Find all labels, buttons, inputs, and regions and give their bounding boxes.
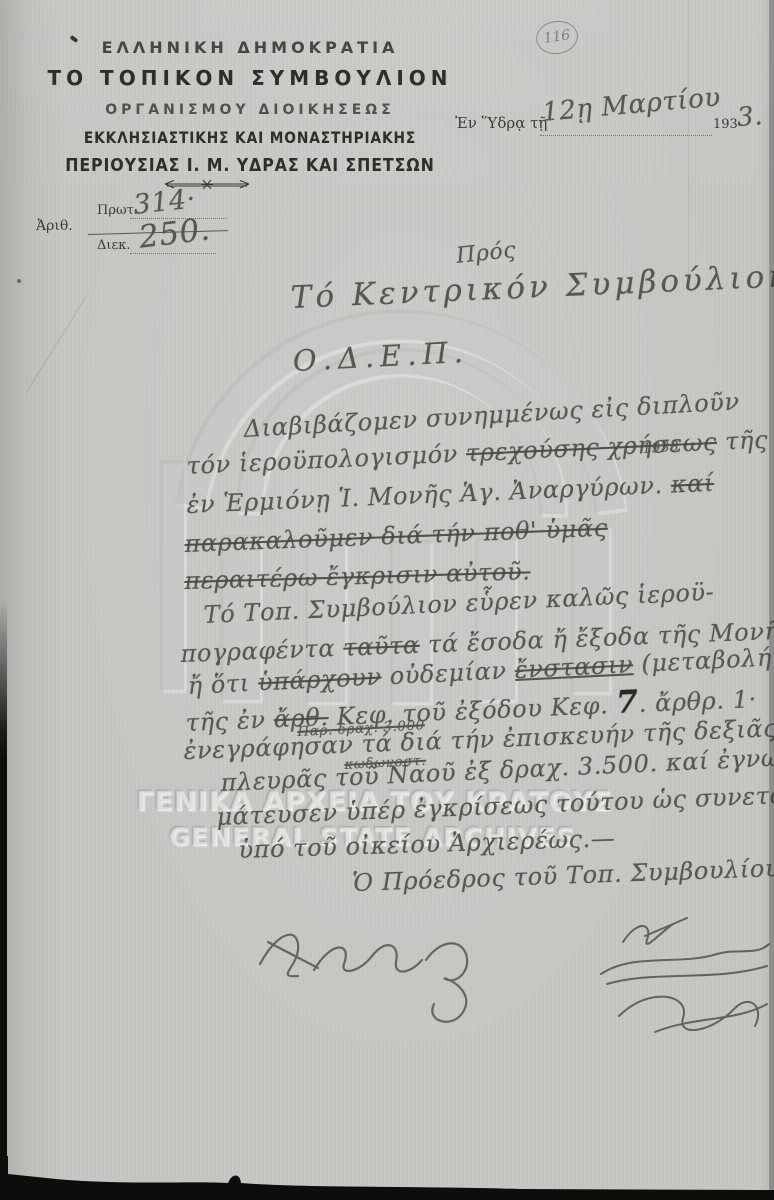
- year-digit-handwritten: 3.: [736, 101, 764, 133]
- emphasized-number: 7: [616, 684, 640, 721]
- struck-text: καί: [670, 469, 714, 499]
- date-handwritten: 12ῃ Μαρτίου: [541, 82, 722, 127]
- scan-right-edge: [769, 0, 774, 1200]
- letterhead-line-4: ΕΚΚΛΗΣΙΑΣΤΙΚΗΣ ΚΑΙ ΜΟΝΑΣΤΗΡΙΑΚΗΣ: [35, 128, 465, 147]
- paper-speck: [17, 279, 21, 283]
- archive-page-number: 116: [534, 18, 580, 57]
- struck-text: ταῦτα: [343, 631, 421, 662]
- arith-label: Ἀριθ.: [36, 218, 73, 234]
- date-dotted-line: [540, 134, 712, 136]
- closing-signature-line: Ὁ Πρόεδρος τοῦ Τοπ. Συμβουλίου.: [352, 854, 774, 897]
- salutation-handwritten: Πρός: [455, 238, 517, 269]
- letterhead-line-2: ΤΟ ΤΟΠΙΚΟΝ ΣΥΜΒΟΥΛΙΟΝ: [0, 66, 500, 90]
- scan-bottom-edge: [0, 1152, 774, 1200]
- handwritten-text: τῆς: [716, 426, 768, 456]
- letterhead-line-5: ΠΕΡΙΟΥΣΙΑΣ Ι. Μ. ΥΔΡΑΣ ΚΑΙ ΣΠΕΤΣΩΝ: [30, 155, 470, 176]
- scanned-document-page: ΓΕΝΙΚΑ ΑΡΧΕΙΑ ΤΟΥ ΚΡΑΤΟΥΣ GENERAL STATE …: [0, 0, 774, 1200]
- paper-crease: [688, 0, 689, 280]
- year-printed: 193: [713, 117, 738, 132]
- handwritten-text: ἔνστασιν: [514, 650, 634, 684]
- date-prefix-printed: Ἐν Ὕδρᾳ τῇ: [455, 114, 547, 132]
- diek-label: Διεκ.: [97, 238, 130, 253]
- signature-flourish-left: [248, 912, 538, 1027]
- handwritten-text: τῆς ἐν: [185, 705, 274, 737]
- letterhead-line-3: ΟΡΓΑΝΙΣΜΟΥ ΔΙΟΙΚΗΣΕΩΣ: [0, 102, 500, 118]
- diek-value-handwritten: 250.: [137, 211, 212, 255]
- prot-label: Πρωτ.: [97, 203, 138, 218]
- handwritten-text: . ἄρθρ. 1·: [638, 685, 757, 718]
- letterhead: ΕΛΛΗΝΙΚΗ ΔΗΜΟΚΡΑΤΙΑ ΤΟ ΤΟΠΙΚΟΝ ΣΥΜΒΟΥΛΙΟ…: [0, 38, 500, 176]
- scan-left-edge: [0, 600, 7, 1200]
- handwritten-text: ἤ ὅτι: [187, 669, 259, 700]
- paper-crease: [26, 297, 86, 393]
- signature-flourish-right: [595, 912, 774, 1052]
- insert-year-handwritten: 1933: [642, 438, 680, 457]
